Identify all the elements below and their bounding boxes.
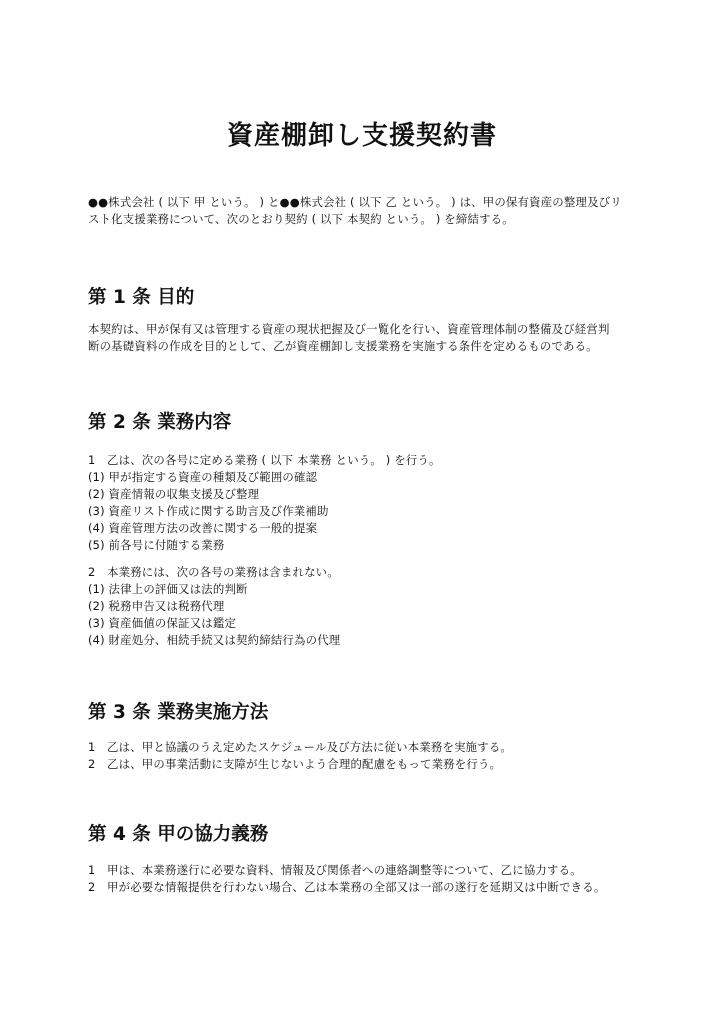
clause-line: 2 本業務には、次の各号の業務は含まれない。 — [88, 564, 648, 581]
clause-line: 2 乙は、甲の事業活動に支障が生じないよう合理的配慮をもって業務を行う。 — [88, 756, 648, 773]
preamble-line: ●●株式会社 ( 以下 甲 という。 ) と●●株式会社 ( 以下 乙 という。… — [88, 194, 648, 211]
article-3-heading: 第 3 条 業務実施方法 — [88, 700, 268, 726]
article-3-body: 1 乙は、甲と協議のうえ定めたスケジュール及び方法に従い本業務を実施する。 2 … — [88, 739, 648, 773]
article-1-line: 断の基礎資料の作成を目的として、乙が資産棚卸し支援業務を実施する条件を定めるもの… — [88, 338, 648, 355]
article-2-clause-1: 1 乙は、次の各号に定める業務 ( 以下 本業務 という。 ) を行う。 (1)… — [88, 452, 648, 554]
article-4-body: 1 甲は、本業務遂行に必要な資料、情報及び関係者への連絡調整等について、乙に協力… — [88, 862, 648, 896]
clause-item: (2) 税務申告又は税務代理 — [88, 598, 648, 615]
article-1-heading: 第 1 条 目的 — [88, 285, 194, 311]
article-2-clause-2: 2 本業務には、次の各号の業務は含まれない。 (1) 法律上の評価又は法的判断 … — [88, 564, 648, 649]
article-1-line: 本契約は、甲が保有又は管理する資産の現状把握及び一覧化を行い、資産管理体制の整備… — [88, 321, 648, 338]
contract-page: 資産棚卸し支援契約書 ●●株式会社 ( 以下 甲 という。 ) と●●株式会社 … — [0, 0, 724, 1024]
clause-item: (4) 資産管理方法の改善に関する一般的提案 — [88, 520, 648, 537]
clause-line: 2 甲が必要な情報提供を行わない場合、乙は本業務の全部又は一部の遂行を延期又は中… — [88, 879, 648, 896]
preamble: ●●株式会社 ( 以下 甲 という。 ) と●●株式会社 ( 以下 乙 という。… — [88, 194, 648, 228]
clause-item: (4) 財産処分、相続手続又は契約締結行為の代理 — [88, 632, 648, 649]
clause-line: 1 甲は、本業務遂行に必要な資料、情報及び関係者への連絡調整等について、乙に協力… — [88, 862, 648, 879]
document-title: 資産棚卸し支援契約書 — [0, 118, 724, 154]
clause-item: (5) 前各号に付随する業務 — [88, 537, 648, 554]
clause-item: (3) 資産リスト作成に関する助言及び作業補助 — [88, 503, 648, 520]
clause-line: 1 乙は、次の各号に定める業務 ( 以下 本業務 という。 ) を行う。 — [88, 452, 648, 469]
article-2-heading: 第 2 条 業務内容 — [88, 410, 231, 436]
clause-item: (3) 資産価値の保証又は鑑定 — [88, 615, 648, 632]
clause-item: (1) 法律上の評価又は法的判断 — [88, 581, 648, 598]
article-1-body: 本契約は、甲が保有又は管理する資産の現状把握及び一覧化を行い、資産管理体制の整備… — [88, 321, 648, 355]
clause-item: (2) 資産情報の収集支援及び整理 — [88, 486, 648, 503]
clause-item: (1) 甲が指定する資産の種類及び範囲の確認 — [88, 469, 648, 486]
article-4-heading: 第 4 条 甲の協力義務 — [88, 822, 268, 848]
preamble-line: スト化支援業務について、次のとおり契約 ( 以下 本契約 という。 ) を締結す… — [88, 211, 648, 228]
clause-line: 1 乙は、甲と協議のうえ定めたスケジュール及び方法に従い本業務を実施する。 — [88, 739, 648, 756]
